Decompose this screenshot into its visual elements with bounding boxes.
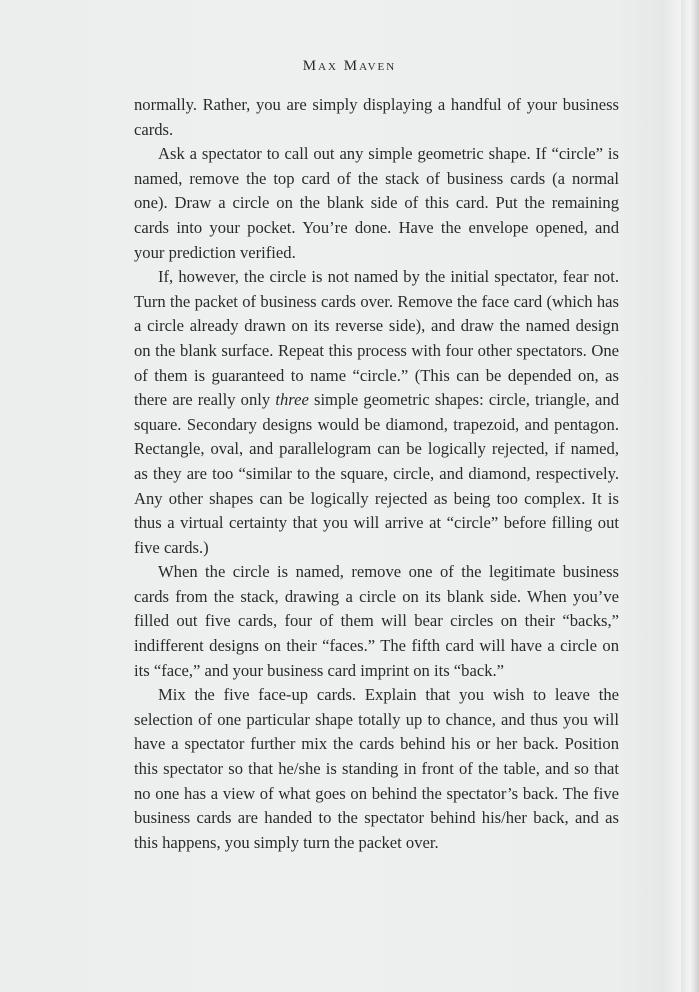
paragraph-3-part-2: simple geometric shapes: circle, triangl… [134, 390, 619, 557]
emphasis-three: three [275, 390, 308, 409]
paragraph-2: Ask a spectator to call out any simple g… [134, 142, 619, 265]
paragraph-3: If, however, the circle is not named by … [134, 265, 619, 560]
running-head: Max Maven [0, 58, 699, 75]
paragraph-3-part-1: If, however, the circle is not named by … [134, 267, 619, 409]
body-text: normally. Rather, you are simply display… [134, 93, 619, 855]
book-page: Max Maven normally. Rather, you are simp… [0, 0, 699, 992]
paragraph-4: When the circle is named, remove one of … [134, 560, 619, 683]
page-edge-shadow [681, 0, 699, 992]
paragraph-5: Mix the five face-up cards. Explain that… [134, 683, 619, 855]
paragraph-1: normally. Rather, you are simply display… [134, 93, 619, 142]
